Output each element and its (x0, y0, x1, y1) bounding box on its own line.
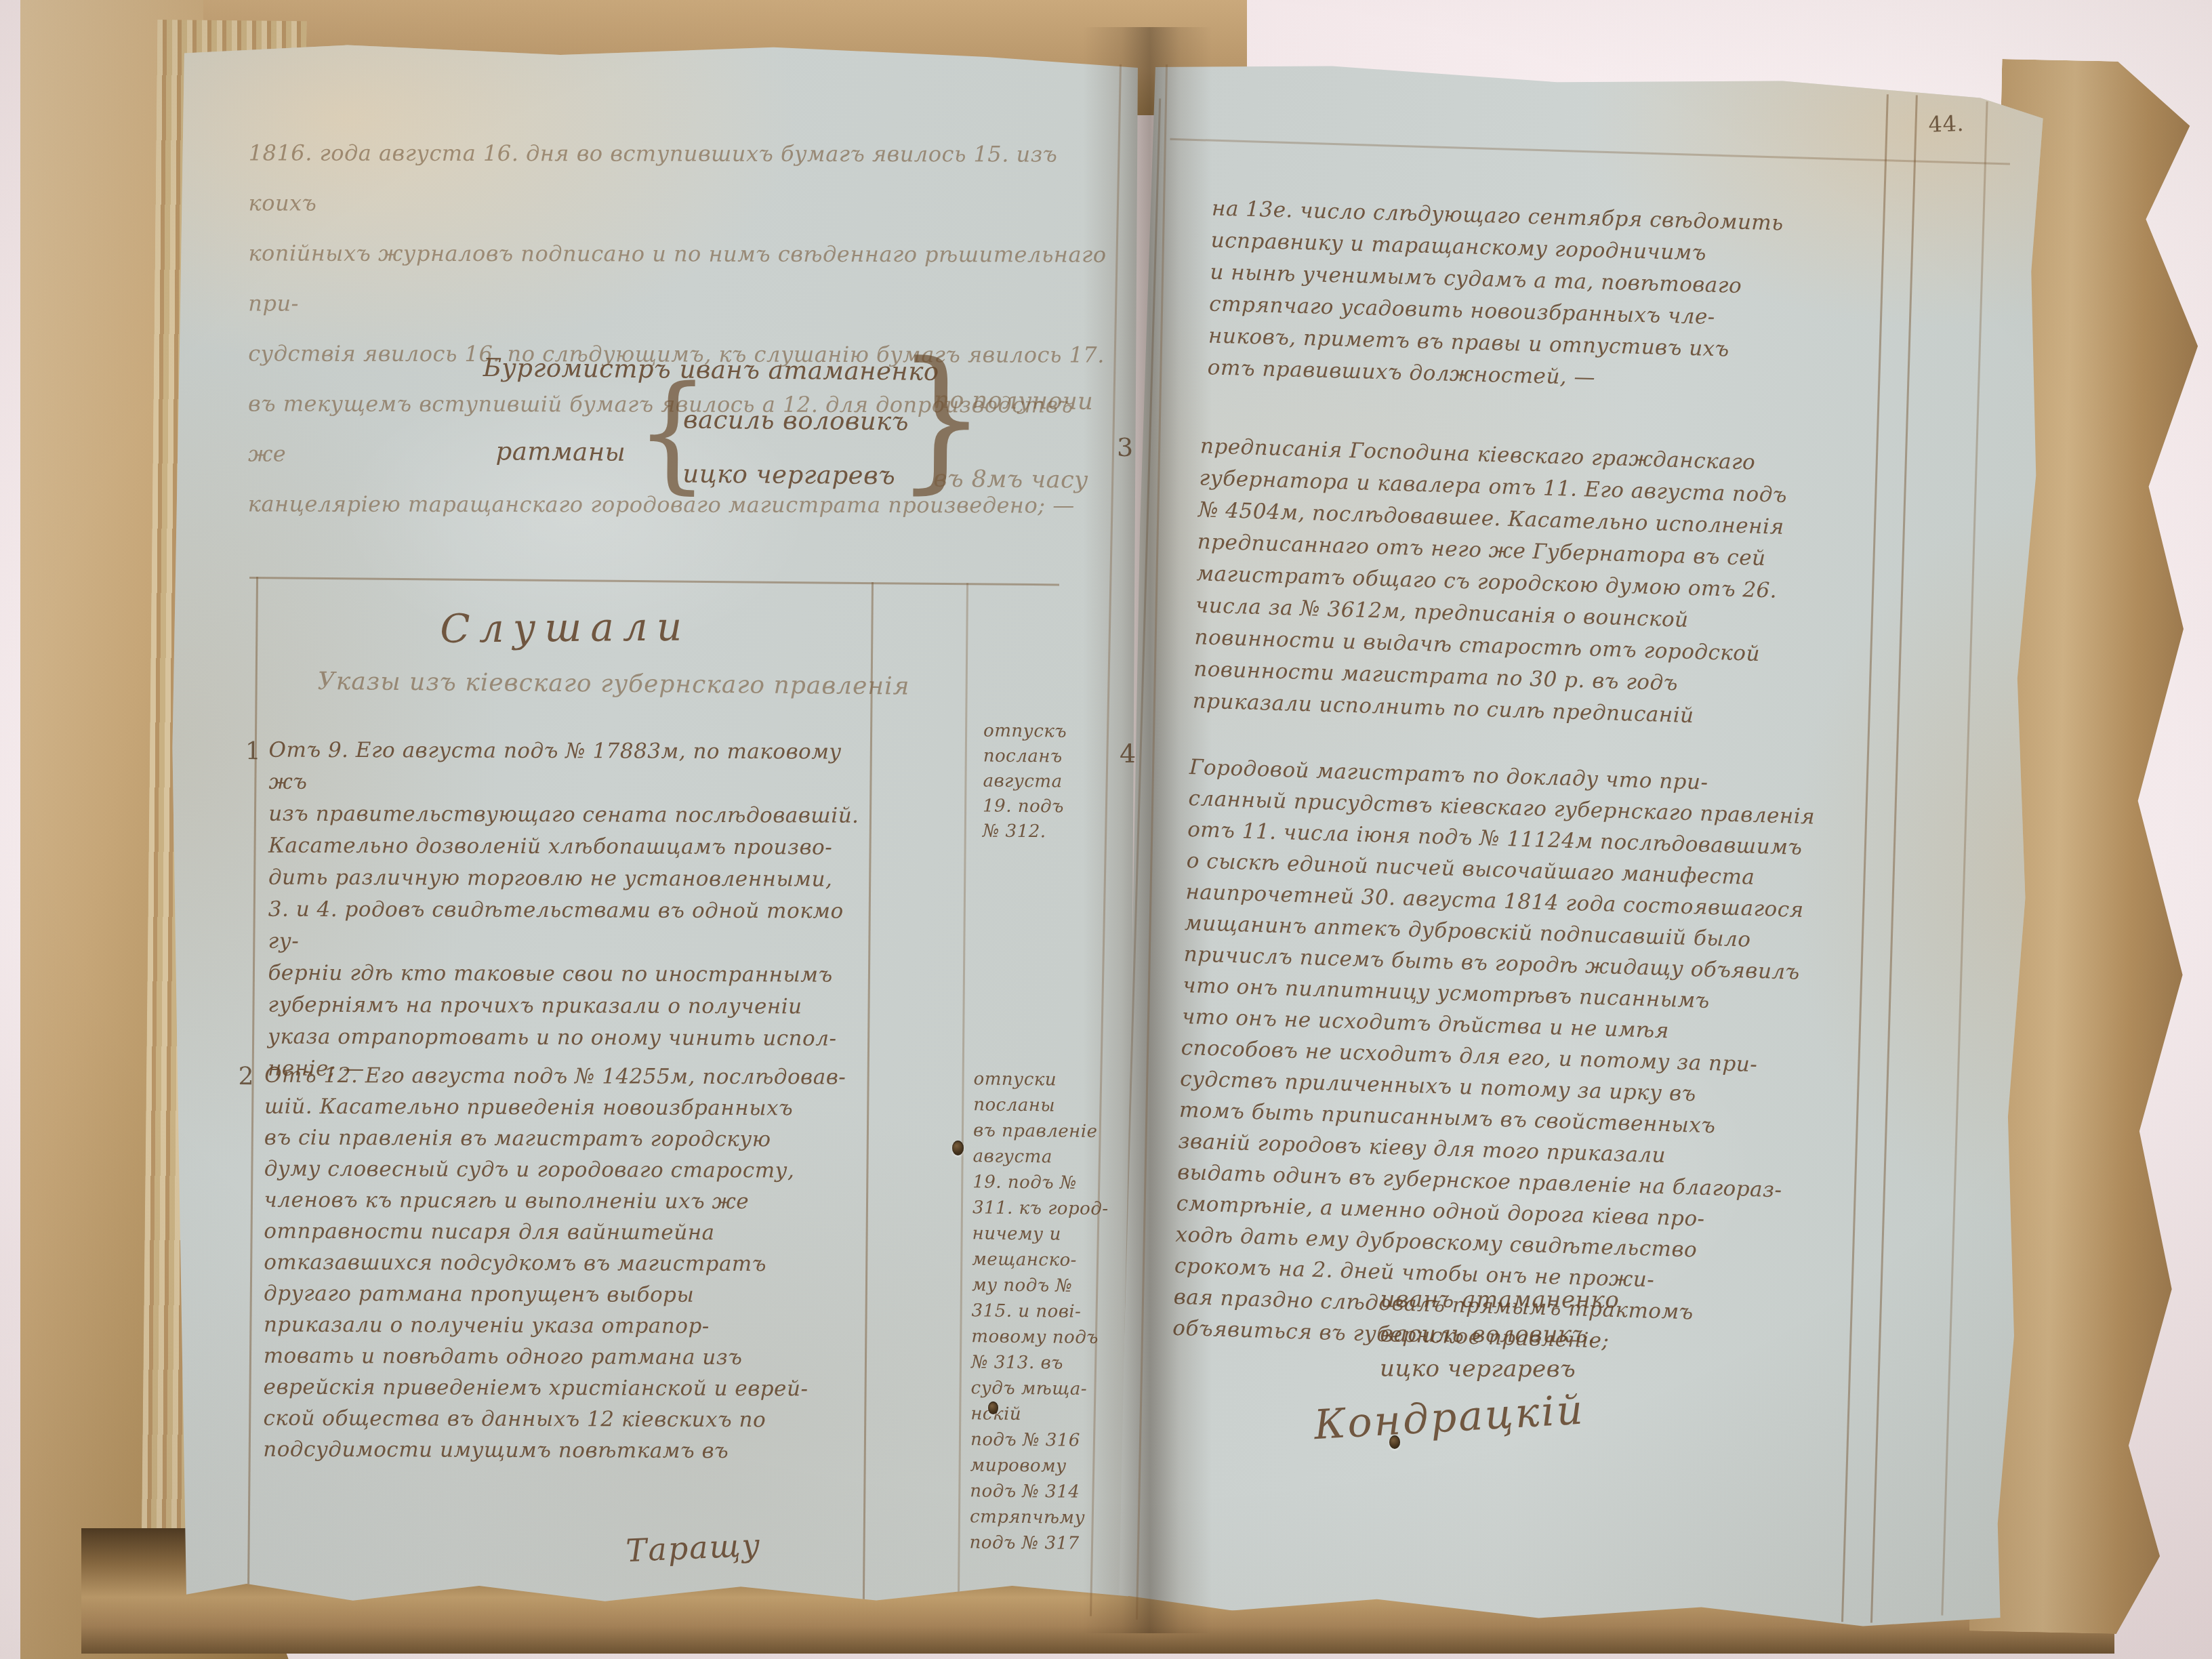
item-1-number: 1 (245, 737, 262, 765)
left-page: 1816. года августа 16. дня во вступивших… (159, 37, 1142, 1624)
manuscript-photo: 1816. года августа 16. дня во вступивших… (0, 0, 2212, 1659)
item-2-body: Отъ 12. Его августа подъ № 14255м, послѣ… (263, 1060, 884, 1467)
folio-number: 44. (1928, 110, 1965, 138)
signatures: иванъ атаманенко василь воловикъ. ицко ч… (1380, 1282, 1619, 1387)
worm-hole (988, 1401, 998, 1414)
right-page-edge-rule (1941, 102, 1988, 1616)
continuation-paragraph: на 13е. число слѣдующаго сентября свѣдом… (1207, 192, 1889, 401)
item-1-margin-note: отпускъ посланъ августа 19. подъ № 312. (983, 718, 1120, 845)
right-page: 44. на 13е. число слѣдующаго сентября св… (1105, 58, 2053, 1649)
item-3-number: 3 (1117, 432, 1134, 462)
heard-heading: Слушали (440, 603, 691, 651)
present-ratmany-label: ратманы (496, 436, 626, 467)
item-1-body: Отъ 9. Его августа подъ № 17883м, по так… (268, 735, 879, 1087)
present-title: Бургомистръ иванъ атаманенко (483, 353, 939, 386)
session-time-note: по полуночи въ 8мъ часу (933, 361, 1094, 520)
present-names: василь воловикъ ицко чергаревъ (682, 393, 909, 504)
worm-hole (1389, 1435, 1400, 1449)
worm-hole (952, 1141, 964, 1155)
left-page-margin-rule (958, 583, 968, 1606)
decrees-subheading: Указы изъ кіевскаго губернскаго правлені… (318, 668, 910, 701)
left-page-header-rule (249, 577, 1059, 586)
catchword: Таращу (625, 1526, 762, 1569)
item-4-number: 4 (1120, 739, 1136, 769)
item-4-body: Городовой магистратъ по докладу что при-… (1172, 752, 1877, 1364)
secretary-signature: Кондрацкій (1313, 1386, 1586, 1449)
item-2-number: 2 (238, 1063, 254, 1090)
item-3-body: предписанія Господина кіевскаго гражданс… (1192, 430, 1885, 737)
